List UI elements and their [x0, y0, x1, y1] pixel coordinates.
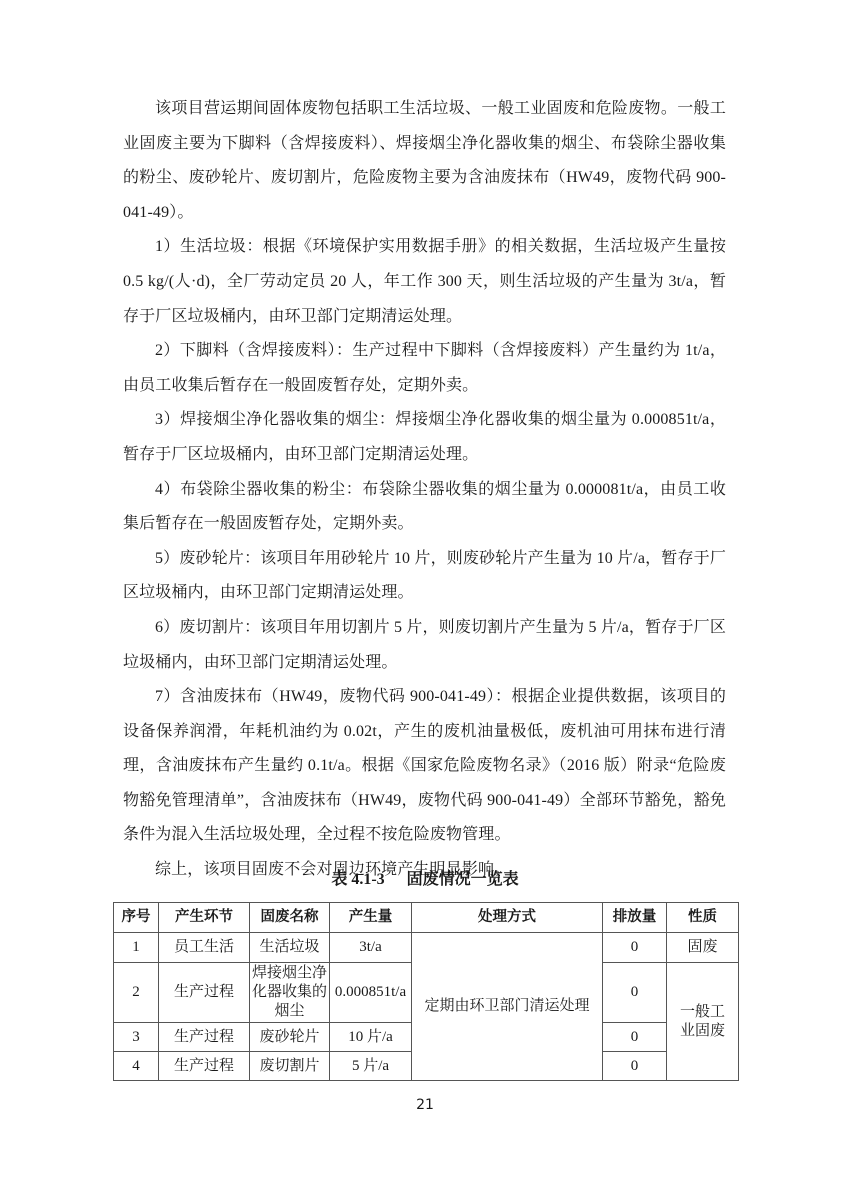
header-stage: 产生环节	[159, 903, 250, 933]
header-no: 序号	[114, 903, 159, 933]
cell-stage: 生产过程	[159, 1023, 250, 1052]
header-treatment: 处理方式	[412, 903, 603, 933]
cell-no: 4	[114, 1052, 159, 1081]
cell-name: 焊接烟尘净化器收集的烟尘	[250, 963, 330, 1023]
paragraph-cutting-discs: 6）废切割片：该项目年用切割片 5 片，则废切割片产生量为 5 片/a，暂存于厂…	[123, 611, 726, 680]
cell-amount: 5 片/a	[330, 1052, 412, 1081]
solid-waste-table: 序号 产生环节 固废名称 产生量 处理方式 排放量 性质 1 员工生活 生活垃圾…	[113, 902, 739, 1081]
cell-discharge: 0	[603, 1023, 667, 1052]
table-row: 1 员工生活 生活垃圾 3t/a 定期由环卫部门清运处理 0 固废	[114, 933, 739, 963]
table-caption: 表 4.1-3固废情况一览表	[0, 868, 850, 892]
cell-name: 生活垃圾	[250, 933, 330, 963]
header-name: 固废名称	[250, 903, 330, 933]
table-header-row: 序号 产生环节 固废名称 产生量 处理方式 排放量 性质	[114, 903, 739, 933]
header-discharge: 排放量	[603, 903, 667, 933]
cell-amount: 0.000851t/a	[330, 963, 412, 1023]
cell-nature: 固废	[667, 933, 739, 963]
cell-amount: 3t/a	[330, 933, 412, 963]
cell-no: 3	[114, 1023, 159, 1052]
cell-name: 废砂轮片	[250, 1023, 330, 1052]
cell-discharge: 0	[603, 1052, 667, 1081]
page-number: 21	[0, 1097, 850, 1113]
cell-stage: 生产过程	[159, 1052, 250, 1081]
cell-no: 2	[114, 963, 159, 1023]
cell-nature-merged: 一般工业固废	[667, 963, 739, 1081]
paragraph-intro: 该项目营运期间固体废物包括职工生活垃圾、一般工业固废和危险废物。一般工业固废主要…	[123, 92, 726, 230]
paragraph-grinding-wheels: 5）废砂轮片：该项目年用砂轮片 10 片，则废砂轮片产生量为 10 片/a，暂存…	[123, 542, 726, 611]
paragraph-domestic-waste: 1）生活垃圾：根据《环境保护实用数据手册》的相关数据，生活垃圾产生量按 0.5 …	[123, 230, 726, 334]
table-caption-title: 固废情况一览表	[407, 871, 519, 888]
cell-no: 1	[114, 933, 159, 963]
cell-name: 废切割片	[250, 1052, 330, 1081]
paragraph-baghouse-dust: 4）布袋除尘器收集的粉尘：布袋除尘器收集的烟尘量为 0.000081t/a，由员…	[123, 473, 726, 542]
cell-stage: 生产过程	[159, 963, 250, 1023]
header-nature: 性质	[667, 903, 739, 933]
table-caption-number: 表 4.1-3	[331, 871, 384, 888]
cell-amount: 10 片/a	[330, 1023, 412, 1052]
header-amount: 产生量	[330, 903, 412, 933]
nature-merged-text: 一般工业固废	[680, 1004, 725, 1039]
cell-discharge: 0	[603, 963, 667, 1023]
body-text: 该项目营运期间固体废物包括职工生活垃圾、一般工业固废和危险废物。一般工业固废主要…	[123, 92, 726, 888]
paragraph-scrap: 2）下脚料（含焊接废料）：生产过程中下脚料（含焊接废料）产生量约为 1t/a，由…	[123, 334, 726, 403]
document-page: 该项目营运期间固体废物包括职工生活垃圾、一般工业固废和危险废物。一般工业固废主要…	[0, 0, 850, 1202]
cell-treatment-merged: 定期由环卫部门清运处理	[412, 933, 603, 1081]
cell-discharge: 0	[603, 933, 667, 963]
cell-stage: 员工生活	[159, 933, 250, 963]
paragraph-oily-rags: 7）含油废抹布（HW49，废物代码 900-041-49）：根据企业提供数据，该…	[123, 680, 726, 853]
paragraph-welding-dust: 3）焊接烟尘净化器收集的烟尘：焊接烟尘净化器收集的烟尘量为 0.000851t/…	[123, 403, 726, 472]
